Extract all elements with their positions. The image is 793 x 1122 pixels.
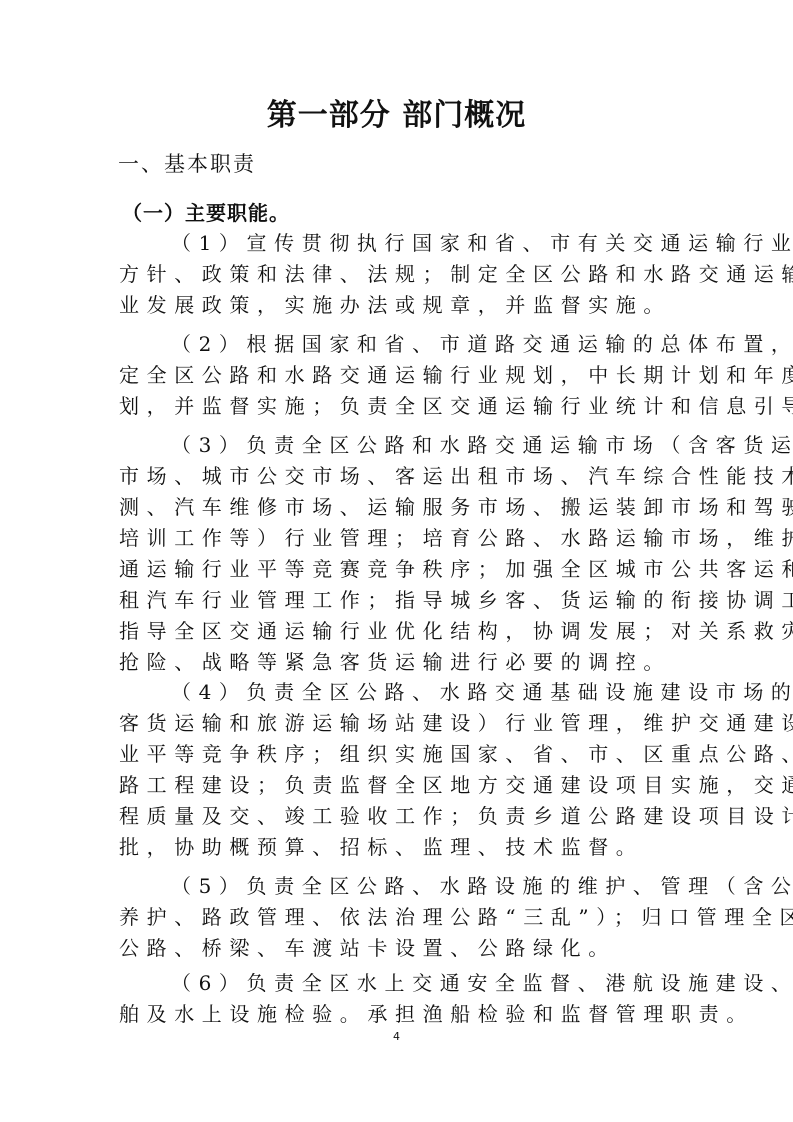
page-number: 4 <box>0 1030 793 1043</box>
paragraph-line: 定全区公路和水路交通运输行业规划，中长期计划和年度计 <box>119 360 679 391</box>
paragraph-line: （4）负责全区公路、水路交通基础设施建设市场的（含 <box>119 677 679 708</box>
paragraph-line: 客货运输和旅游运输场站建设）行业管理，维护交通建设行 <box>119 708 679 739</box>
paragraph-line: 抢险、战略等紧急客货运输进行必要的调控。 <box>119 647 679 678</box>
paragraph-line: 测、汽车维修市场、运输服务市场、搬运装卸市场和驾驶员 <box>119 492 679 523</box>
paragraph-line: 租汽车行业管理工作；指导城乡客、货运输的衔接协调工作； <box>119 585 679 616</box>
paragraph-line: 舶及水上设施检验。承担渔船检验和监督管理职责。 <box>119 999 679 1030</box>
paragraph-5: （5）负责全区公路、水路设施的维护、管理（含公路 养护、路政管理、依法治理公路“… <box>119 871 679 964</box>
paragraph-line: 养护、路政管理、依法治理公路“三乱”）；归口管理全区 <box>119 902 679 933</box>
paragraph-line: 公路、桥梁、车渡站卡设置、公路绿化。 <box>119 933 679 964</box>
paragraph-1: （1）宣传贯彻执行国家和省、市有关交通运输行业的 方针、政策和法律、法规；制定全… <box>119 228 679 321</box>
paragraph-line: 路工程建设；负责监督全区地方交通建设项目实施，交通工 <box>119 770 679 801</box>
subsection-heading-main-functions: （一）主要职能。 <box>122 197 290 226</box>
paragraph-line: （3）负责全区公路和水路交通运输市场（含客货运输 <box>119 430 679 461</box>
document-page: 第一部分 部门概况 一、基本职责 （一）主要职能。 （1）宣传贯彻执行国家和省、… <box>0 0 793 1122</box>
paragraph-3: （3）负责全区公路和水路交通运输市场（含客货运输 市场、城市公交市场、客运出租市… <box>119 430 679 678</box>
paragraph-line: 划，并监督实施；负责全区交通运输行业统计和信息引导。 <box>119 391 679 422</box>
paragraph-line: 指导全区交通运输行业优化结构，协调发展；对关系救灾、 <box>119 616 679 647</box>
paragraph-6: （6）负责全区水上交通安全监督、港航设施建设、船 舶及水上设施检验。承担渔船检验… <box>119 968 679 1030</box>
paragraph-line: 通运输行业平等竞赛竞争秩序；加强全区城市公共客运和出 <box>119 554 679 585</box>
paragraph-line: （2）根据国家和省、市道路交通运输的总体布置，制 <box>119 329 679 360</box>
paragraph-line: 方针、政策和法律、法规；制定全区公路和水路交通运输行 <box>119 259 679 290</box>
paragraph-line: （1）宣传贯彻执行国家和省、市有关交通运输行业的 <box>119 228 679 259</box>
paragraph-line: 批，协助概预算、招标、监理、技术监督。 <box>119 832 679 863</box>
paragraph-line: 程质量及交、竣工验收工作；负责乡道公路建设项目设计审 <box>119 801 679 832</box>
paragraph-line: （6）负责全区水上交通安全监督、港航设施建设、船 <box>119 968 679 999</box>
paragraph-line: 业平等竞争秩序；组织实施国家、省、市、区重点公路、水 <box>119 739 679 770</box>
paragraph-line: 市场、城市公交市场、客运出租市场、汽车综合性能技术检 <box>119 461 679 492</box>
paragraph-line: 培训工作等）行业管理；培育公路、水路运输市场，维护交 <box>119 523 679 554</box>
paragraph-4: （4）负责全区公路、水路交通基础设施建设市场的（含 客货运输和旅游运输场站建设）… <box>119 677 679 863</box>
section-heading-basic-duties: 一、基本职责 <box>118 148 256 178</box>
paragraph-line: 业发展政策，实施办法或规章，并监督实施。 <box>119 290 679 321</box>
paragraph-2: （2）根据国家和省、市道路交通运输的总体布置，制 定全区公路和水路交通运输行业规… <box>119 329 679 422</box>
paragraph-line: （5）负责全区公路、水路设施的维护、管理（含公路 <box>119 871 679 902</box>
page-title: 第一部分 部门概况 <box>0 90 793 134</box>
